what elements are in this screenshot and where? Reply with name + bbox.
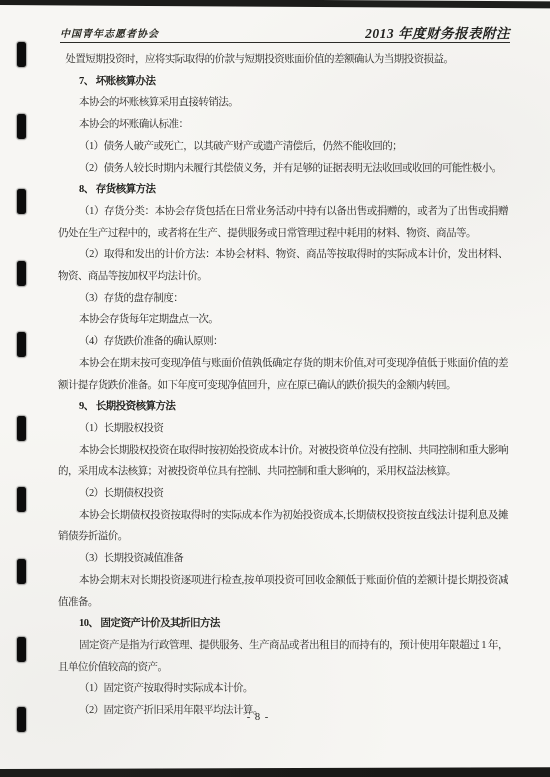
binding-mark [17, 637, 26, 662]
document-body: 处置短期投资时，应将实际取得的价款与短期投资账面价值的差额确认为当期投资损益。7… [58, 49, 508, 722]
paragraph: （2）长期债权投资 [58, 483, 508, 505]
binding-mark [17, 707, 26, 732]
paragraph: 本协会长期债权投资按取得时的实际成本作为初始投资成本,长期债权投资按直线法计提利… [58, 505, 508, 548]
scan-edge-top [0, 0, 550, 8]
paragraph: （4）存货跌价准备的确认原则： [58, 331, 508, 353]
scan-edge-bottom [0, 767, 550, 777]
binding-mark [17, 114, 26, 139]
binding-mark [17, 559, 26, 584]
paragraph: 固定资产是指为行政管理、提供服务、生产商品或者出租目的而持有的，预计使用年限超过… [58, 635, 508, 678]
header-doc-title: 2013 年度财务报表附注 [365, 22, 510, 42]
paragraph: 本协会的坏账确认标准： [58, 114, 508, 136]
binding-mark [17, 189, 26, 214]
binding-mark [17, 261, 26, 286]
paragraph: （3）长期投资减值准备 [58, 548, 508, 570]
paragraph: （1）固定资产按取得时实际成本计价。 [58, 678, 508, 700]
paragraph: 本协会存货每年定期盘点一次。 [58, 309, 508, 331]
paragraph: （1）长期股权投资 [58, 418, 508, 440]
paragraph: （1）存货分类：本协会存货包括在日常业务活动中持有以备出售或捐赠的，或者为了出售… [58, 201, 508, 244]
paragraph: 本协会在期末按可变现净值与账面价值孰低确定存货的期末价值,对可变现净值低于账面价… [58, 353, 508, 396]
paragraph: 处置短期投资时，应将实际取得的价款与短期投资账面价值的差额确认为当期投资损益。 [58, 49, 508, 71]
paragraph: （2）取得和发出的计价方法：本协会材料、物资、商品等按取得时的实际成本计价，发出… [58, 244, 508, 287]
paragraph: （2）债务人较长时期内未履行其偿债义务，并有足够的证据表明无法收回或收回的可能性… [58, 158, 508, 180]
section-heading: 7、 坏账核算办法 [58, 71, 508, 93]
paragraph: 本协会长期股权投资在取得时按初始投资成本计价。对被投资单位没有控制、共同控制和重… [58, 440, 508, 483]
binding-mark [17, 42, 26, 67]
paragraph: （3）存货的盘存制度： [58, 288, 508, 310]
page-header: 中国青年志愿者协会 2013 年度财务报表附注 [60, 23, 510, 43]
paragraph: 本协会期末对长期投资逐项进行检查,按单项投资可回收金额低于账面价值的差额计提长期… [58, 570, 508, 613]
binding-mark [17, 332, 26, 357]
header-org-name: 中国青年志愿者协会 [60, 25, 159, 42]
section-heading: 10、 固定资产计价及其折旧方法 [58, 613, 508, 635]
page-number: - 8 - [33, 712, 483, 723]
scanned-page: 中国青年志愿者协会 2013 年度财务报表附注 处置短期投资时，应将实际取得的价… [0, 0, 550, 777]
paragraph: （1）债务人破产或死亡，以其破产财产或遗产清偿后，仍然不能收回的； [58, 136, 508, 158]
section-heading: 9、 长期投资核算方法 [58, 396, 508, 418]
binding-mark [17, 416, 26, 441]
paragraph: 本协会的坏账核算采用直接转销法。 [58, 92, 508, 114]
binding-mark [17, 487, 26, 512]
section-heading: 8、 存货核算方法 [58, 179, 508, 201]
